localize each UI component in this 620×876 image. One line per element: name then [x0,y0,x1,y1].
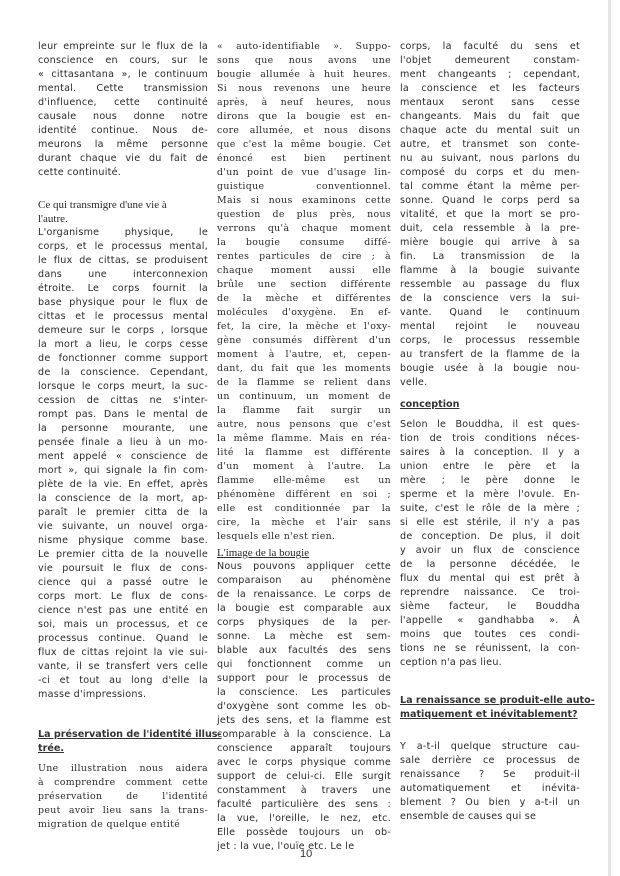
text-line: flamme elle-même est un [217,474,391,488]
text-line: la même flamme. Mais en réa- [217,432,391,446]
text-line: mental. Cette transmission [38,82,208,96]
text-line: guistique conventionnel. [217,180,391,194]
text-line: rompt pas. Dans le mental de [38,408,208,422]
text-line: dant, du fait que les moments [217,362,391,376]
text-line: blable aux facultés des sens [217,644,391,658]
text-line: fet, la cire, la mèche et l'oxy- [217,320,391,334]
section-heading: La renaissance se produit-elle auto-mati… [400,694,580,722]
text-line: la bougie consume diffé- [217,236,391,250]
text-line: blement ? Ou bien y a-t-il un [400,796,580,810]
text-line: Mais si nous examinons cette [217,194,391,208]
text-line: la bougie est comparable aux [217,602,391,616]
text-line: « cittasantana », le continuum [38,68,208,82]
text-line: lesquels elle n'est rien. [217,530,391,544]
text-line: énoncé est bien pertinent [217,152,391,166]
text-line: d'un moment à l'autre. La [217,460,391,474]
text-line: Y a-t-il quelque structure cau- [400,740,580,754]
text-line: l'autre. [38,212,208,226]
text-line: processus continue. Quand le [38,632,208,646]
text-line: saires à la conception. Il y a [400,446,580,460]
text-line: suite, c'est le rôle de la mère ; [400,502,580,516]
text-line: Le premier citta de la nouvelle [38,548,208,562]
text-line: dirons que la bougie est en- [217,110,391,124]
paragraph: corps, la faculté du sens etl'objet deme… [400,40,580,390]
text-line: Ce qui transmigre d'une vie à [38,198,208,212]
text-line: de la personne décédée, le [400,558,580,572]
text-line: support pour le processus de [217,672,391,686]
text-line: molécules d'oxygène. En ef- [217,306,391,320]
text-line: flux du mental qui est prêt à [400,572,580,586]
text-line: nu au suivant, nous parlons du [400,152,580,166]
text-line: de conception. De plus, il doit [400,530,580,544]
text-line: sale derrière ce processus de [400,754,580,768]
text-line: de la conscience vers la sui- [400,292,580,306]
text-line: « auto-identifiable ». Suppo- [217,40,391,54]
text-line: tal comme étant la même per- [400,180,580,194]
paragraph: L'organisme physique, lecorps, et le pro… [38,226,208,702]
text-line: reprendre naissance. Ce troi- [400,586,580,600]
text-line: corps, le processus ressemble [400,334,580,348]
text-line: cession de cittas ne s'inter- [38,394,208,408]
text-line: corps mort. Le flux de cons- [38,590,208,604]
text-line: la flamme fait surgir un [217,404,391,418]
text-line: sons que nous avons une [217,54,391,68]
paragraph: Y a-t-il quelque structure cau-sale derr… [400,740,580,824]
document-page: leur empreinte sur le flux de laconscien… [0,0,611,876]
text-line: leur empreinte sur le flux de la [38,40,208,54]
text-line: L'image de la bougie [217,546,391,560]
text-line: autre, nous pensons que c'est [217,418,391,432]
paragraph: Une illustration nous aideraà comprendre… [38,762,208,832]
text-line: la conscience de la mort, ap- [38,492,208,506]
text-line: paraît le premier citta de la [38,506,208,520]
text-line: y avoir un flux de conscience [400,544,580,558]
text-line: verrons qu'à chaque moment [217,222,391,236]
column-1: leur empreinte sur le flux de laconscien… [38,40,208,832]
text-line: soi, mais un processus, et ce [38,618,208,632]
text-line: de fonctionner comme support [38,352,208,366]
text-line: base physique pour le flux de [38,296,208,310]
text-line: bougie usée à la bougie nou- [400,362,580,376]
text-line: de la flamme se relient dans [217,376,391,390]
text-line: avec le corps physique comme [217,756,391,770]
text-line: au transfert de la flamme de la [400,348,580,362]
text-line: composé du corps et du men- [400,166,580,180]
text-line: comparaison au phénomène [217,574,391,588]
section-heading: L'image de la bougie [217,546,391,560]
text-line: chaque acte du mental suit un [400,124,580,138]
text-line: ensemble de causes qui se [400,810,580,824]
text-line: elle est conditionnée par la [217,502,391,516]
section-heading: La préservation de l'identité illus-trée… [38,728,208,756]
text-line: si elle est stérile, il n'y a pas [400,516,580,530]
text-line: mère ; le père donne le [400,474,580,488]
text-line: mental rejoint le nouveau [400,320,580,334]
text-line: vitalité, et que la mort se pro- [400,208,580,222]
text-line: constamment à travers une [217,784,391,798]
text-line: vie poursuit le flux de cons- [38,562,208,576]
text-line: support de celui-ci. Elle surgit [217,770,391,784]
text-line: sonne. Quand le corps perd sa [400,194,580,208]
text-line: automatiquement et inévita- [400,782,580,796]
text-line: après, à neuf heures, nous [217,96,391,110]
text-line: sperme et la mère l'ovule. En- [400,488,580,502]
text-line: cience qui a passé outre le [38,576,208,590]
text-line: matiquement et inévitablement? [400,708,580,722]
section-heading: Ce qui transmigre d'une vie àl'autre. [38,198,208,226]
text-line: à comprendre comment cette [38,776,208,790]
text-line: la vue, l'oreille, le nez, etc. [217,812,391,826]
text-line: lorsque le corps meurt, la suc- [38,380,208,394]
text-line: demeure sur le corps , lorsque [38,324,208,338]
text-line: masse d'impressions. [38,688,208,702]
text-line: jets des sens, et la flamme est [217,714,391,728]
text-line: ressemble au passage du flux [400,278,580,292]
text-line: identité continue. Nous de- [38,124,208,138]
text-line: L'organisme physique, le [38,226,208,240]
paragraph: Nous pouvons appliquer cettecomparaison … [217,560,391,854]
text-line: chaque moment aussi elle [217,264,391,278]
text-line: meurons la même personne [38,138,208,152]
text-line: cette continuité. [38,166,208,180]
text-line: rentes particules de cire ; à [217,250,391,264]
column-3: corps, la faculté du sens etl'objet deme… [400,40,580,824]
text-line: conscience apparaît toujours [217,742,391,756]
text-line: que c'est la même bougie. Cet [217,138,391,152]
paragraph: « auto-identifiable ». Suppo-sons que no… [217,40,391,544]
text-line: conscience en cours, sur le [38,54,208,68]
text-line: mière bougie qui arrive à sa [400,236,580,250]
text-line: cire, la mèche et l'air sans [217,516,391,530]
text-line: La préservation de l'identité illus- [38,728,208,742]
text-line: trée. [38,742,208,756]
text-line: renaissance ? Se produit-il [400,768,580,782]
text-line: Elle possède toujours un ob- [217,826,391,840]
text-line: Nous pouvons appliquer cette [217,560,391,574]
text-line: d'oxygène sont comme les ob- [217,700,391,714]
text-line: l'appelle « gandhabba ». À [400,614,580,628]
text-line: flamme à la bougie suivante [400,264,580,278]
text-line: Selon le Bouddha, il est ques- [400,418,580,432]
text-line: comparable à la conscience. La [217,728,391,742]
text-line: tion de trois conditions néces- [400,432,580,446]
text-line: qui fonctionnent comme un [217,658,391,672]
text-line: le flux de cittas, se produisent [38,254,208,268]
text-line: -ci et tout au long d'elle la [38,674,208,688]
text-line: autre, et transmet son conte- [400,138,580,152]
text-line: corps physiques de la per- [217,616,391,630]
text-line: peut avoir lieu sans la trans- [38,804,208,818]
text-line: vie suivante, un nouvel orga- [38,520,208,534]
text-line: Une illustration nous aidera [38,762,208,776]
text-line: causale nous donne notre [38,110,208,124]
text-line: de la conscience. Cependant, [38,366,208,380]
text-line: ception n'a pas lieu. [400,656,580,670]
text-line: velle. [400,376,580,390]
text-line: préservation de l'identité [38,790,208,804]
text-line: conception [400,398,580,412]
text-line: de la renaissance. Le corps de [217,588,391,602]
text-line: faculté particulière des sens : [217,798,391,812]
text-line: moment à l'autre, et, cepen- [217,348,391,362]
text-line: cience n'est pas une entité en [38,604,208,618]
text-line: core allumée, et nous disons [217,124,391,138]
text-line: moins que toutes ces condi- [400,628,580,642]
text-line: question de plus près, nous [217,208,391,222]
text-line: d'influence, cette continuité [38,96,208,110]
text-line: Si nous revenons une heure [217,82,391,96]
text-line: gène consumés diffèrent d'un [217,334,391,348]
text-line: nisme physique comme base. [38,534,208,548]
column-2: « auto-identifiable ». Suppo-sons que no… [217,40,391,854]
text-line: la conscience et les facteurs [400,82,580,96]
text-line: l'objet demeurent constam- [400,54,580,68]
text-line: la mort a lieu, le corps cesse [38,338,208,352]
paragraph: leur empreinte sur le flux de laconscien… [38,40,208,180]
text-line: fin. La transmission de la [400,250,580,264]
text-line: mentaux seront sans cesse [400,96,580,110]
text-line: d'un point de vue d'usage lin- [217,166,391,180]
text-line: union entre le père et la [400,460,580,474]
text-line: cittas et le processus mental [38,310,208,324]
text-line: ment appelé « conscience de [38,450,208,464]
text-line: étroite. Le corps fournit la [38,282,208,296]
text-line: durant chaque vie du fait de [38,152,208,166]
text-line: sième facteur, le Bouddha [400,600,580,614]
text-line: plète de la vie. En effet, après [38,478,208,492]
text-line: phénomène différent en soi ; [217,488,391,502]
text-line: duit, cela ressemble à la pre- [400,222,580,236]
text-line: lité la flamme est différente [217,446,391,460]
text-line: un continuum, un moment de [217,390,391,404]
text-line: La renaissance se produit-elle auto- [400,694,580,708]
text-line: pensée finale a lieu à un mo- [38,436,208,450]
text-line: mort », qui signale la fin com- [38,464,208,478]
text-line: ment changeants ; cependant, [400,68,580,82]
text-line: vante. Quand le continuum [400,306,580,320]
text-line: brûle une section différente [217,278,391,292]
text-line: la conscience. Les particules [217,686,391,700]
text-line: la personne mourante, une [38,422,208,436]
section-heading: conception [400,398,580,412]
text-line: migration de quelque entité [38,818,208,832]
paragraph: Selon le Bouddha, il est ques-tion de tr… [400,418,580,670]
text-line: bougie allumée à huit heures. [217,68,391,82]
text-line: vante, il se transfert vers celle [38,660,208,674]
text-line: de la mèche et différentes [217,292,391,306]
text-line: corps, et le processus mental, [38,240,208,254]
text-line: sonne. La mèche est sem- [217,630,391,644]
page-number: 10 [300,848,312,860]
text-line: dans une interconnexion [38,268,208,282]
text-line: tions ne se réunissent, la con- [400,642,580,656]
text-line: changeants. Mais du fait que [400,110,580,124]
text-line: corps, la faculté du sens et [400,40,580,54]
text-line: flux de cittas rejoint la vie sui- [38,646,208,660]
